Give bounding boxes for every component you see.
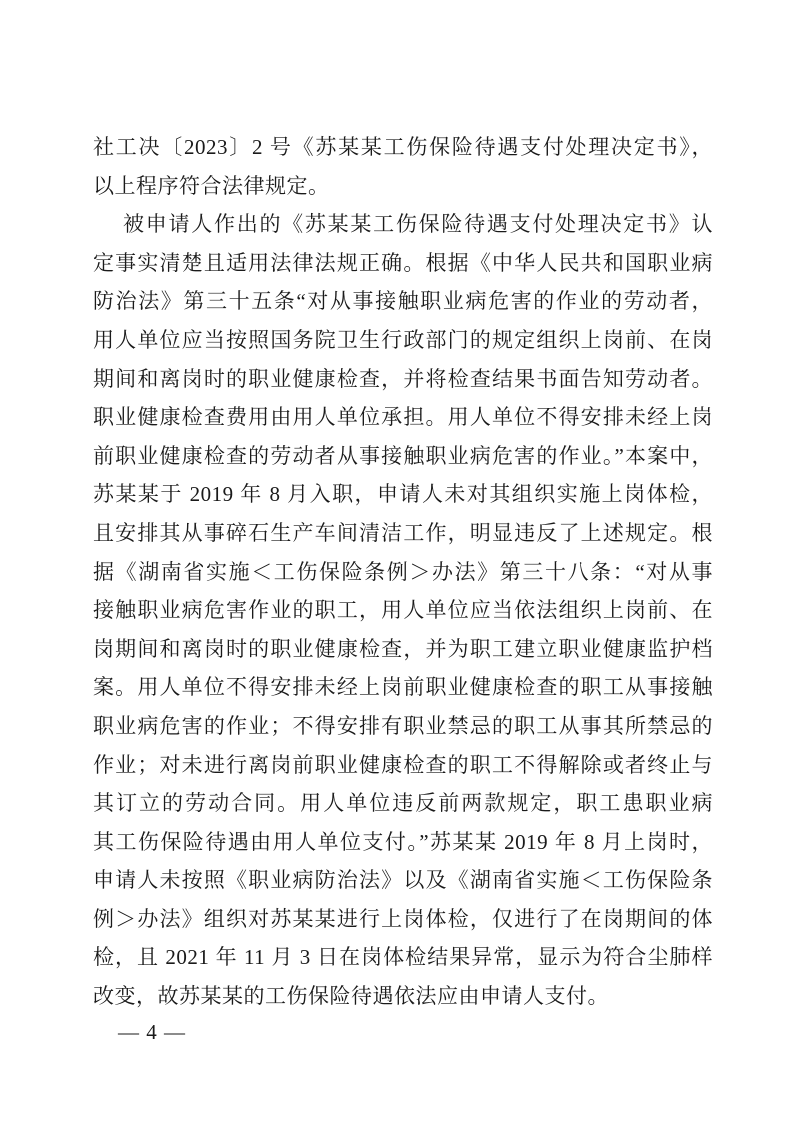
text-line: 岗期间和离岗时的职业健康检查，并为职工建立职业健康监护档: [93, 630, 713, 669]
text-line: 职业病危害的作业；不得安排有职业禁忌的职工从事其所禁忌的: [93, 707, 713, 746]
text-line: 其工伤保险待遇由用人单位支付。”苏某某 2019 年 8 月上岗时，: [93, 823, 713, 862]
text-line: 据《湖南省实施＜工伤保险条例＞办法》第三十八条：“对从事: [93, 553, 713, 592]
text-line: 防治法》第三十五条“对从事接触职业病危害的作业的劳动者，: [93, 282, 713, 321]
text-line: 例＞办法》组织对苏某某进行上岗体检，仅进行了在岗期间的体: [93, 900, 713, 939]
text-line: 职业健康检查费用由用人单位承担。用人单位不得安排未经上岗: [93, 398, 713, 437]
text-line: 改变，故苏某某的工伤保险待遇依法应由申请人支付。: [93, 977, 713, 1016]
text-line: 期间和离岗时的职业健康检查，并将检查结果书面告知劳动者。: [93, 360, 713, 399]
text-line: 用人单位应当按照国务院卫生行政部门的规定组织上岗前、在岗: [93, 321, 713, 360]
text-line: 接触职业病危害作业的职工，用人单位应当依法组织上岗前、在: [93, 591, 713, 630]
text-line: 以上程序符合法律规定。: [93, 167, 713, 206]
text-line: 定事实清楚且适用法律法规正确。根据《中华人民共和国职业病: [93, 244, 713, 283]
document-body: 社工决〔2023〕2 号《苏某某工伤保险待遇支付处理决定书》， 以上程序符合法律…: [93, 128, 713, 1016]
text-line: 且安排其从事碎石生产车间清洁工作，明显违反了上述规定。根: [93, 514, 713, 553]
text-line: 苏某某于 2019 年 8 月入职，申请人未对其组织实施上岗体检，: [93, 475, 713, 514]
text-line: 其订立的劳动合同。用人单位违反前两款规定，职工患职业病的，: [93, 784, 713, 823]
text-line: 申请人未按照《职业病防治法》以及《湖南省实施＜工伤保险条: [93, 861, 713, 900]
text-line: 案。用人单位不得安排未经上岗前职业健康检查的职工从事接触: [93, 668, 713, 707]
text-line: 作业；对未进行离岗前职业健康检查的职工不得解除或者终止与: [93, 746, 713, 785]
text-line: 前职业健康检查的劳动者从事接触职业病危害的作业。”本案中，: [93, 437, 713, 476]
document-page: 社工决〔2023〕2 号《苏某某工伤保险待遇支付处理决定书》， 以上程序符合法律…: [0, 0, 793, 1122]
text-line: 社工决〔2023〕2 号《苏某某工伤保险待遇支付处理决定书》，: [93, 128, 713, 167]
page-number: — 4 —: [118, 1013, 186, 1052]
text-line: 检，且 2021 年 11 月 3 日在岗体检结果异常，显示为符合尘肺样: [93, 938, 713, 977]
text-line: 被申请人作出的《苏某某工伤保险待遇支付处理决定书》认: [93, 205, 713, 244]
